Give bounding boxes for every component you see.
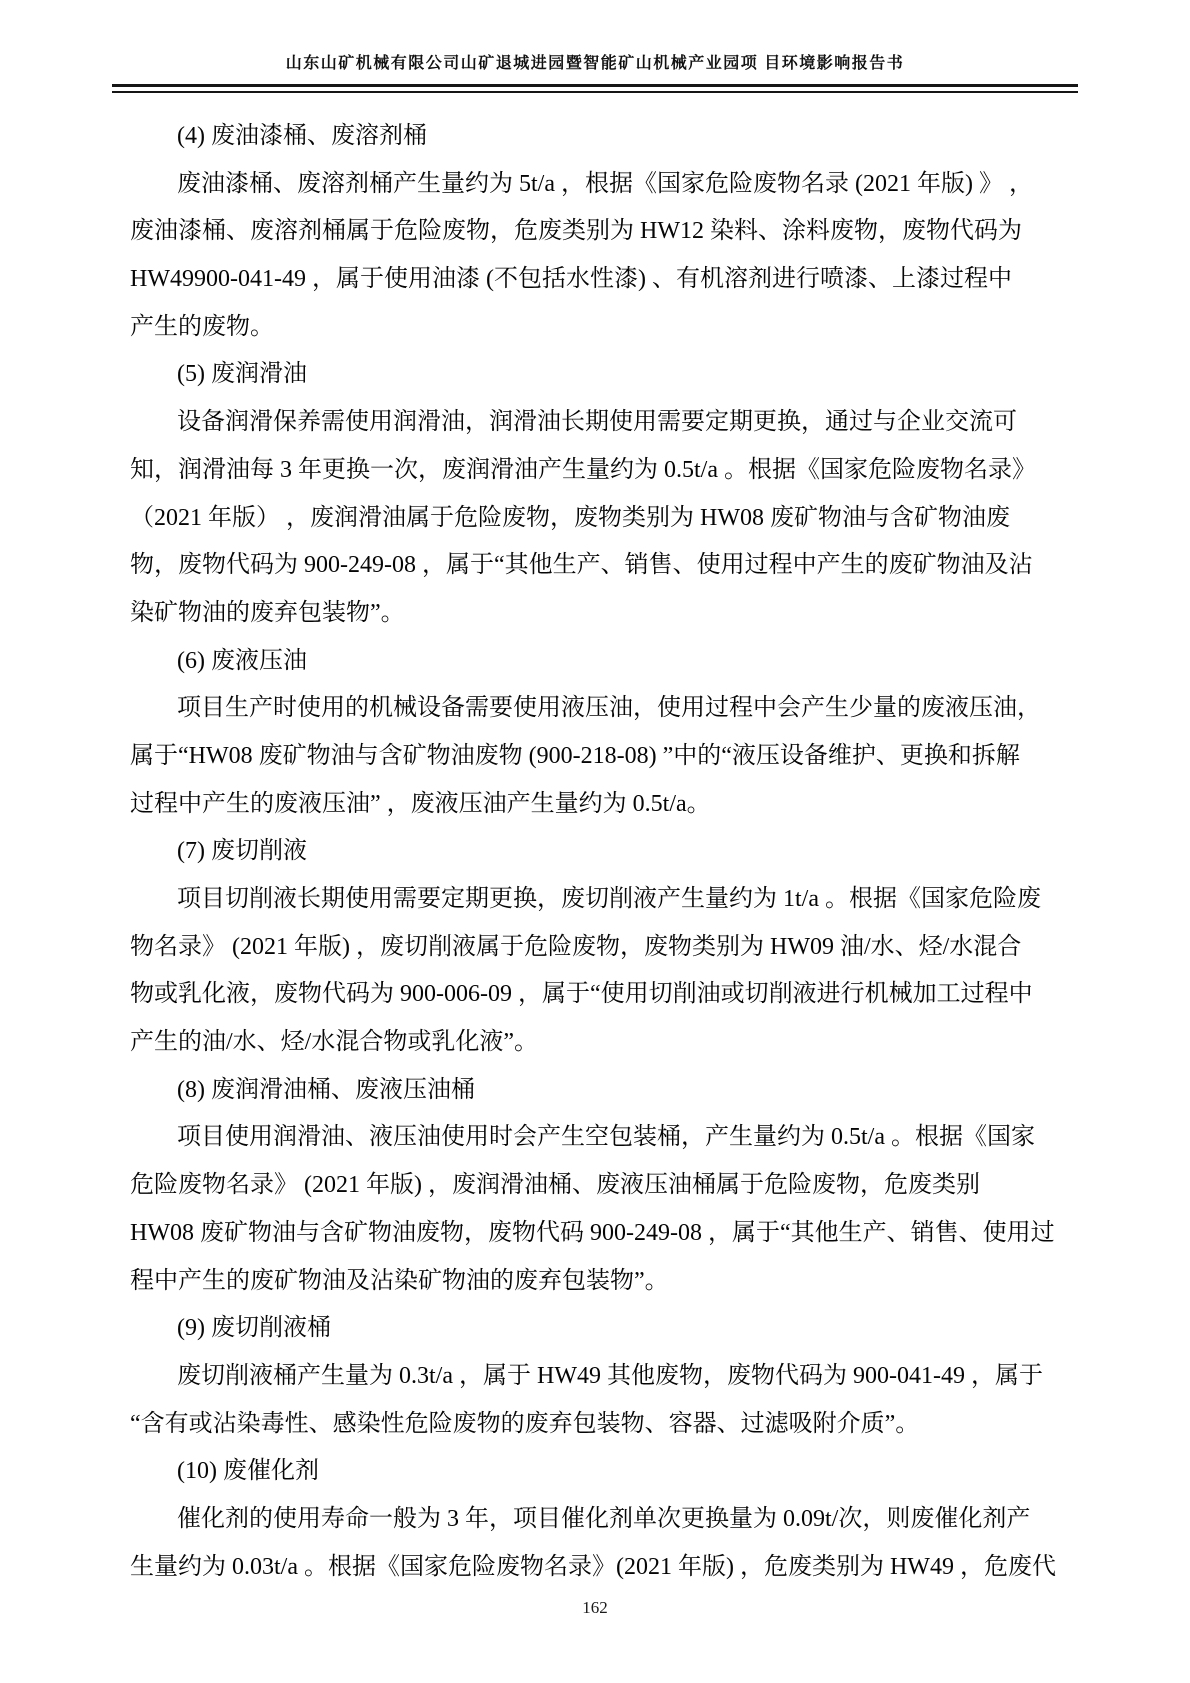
section-heading: (5) 废润滑油 [130,351,1065,399]
paragraph-line: 生量约为 0.03t/a 。根据《国家危险废物名录》(2021 年版) ，危废类… [130,1544,1065,1592]
paragraph-line: HW49900-041-49 ，属于使用油漆 (不包括水性漆) 、有机溶剂进行喷… [130,256,1065,304]
paragraph-line: HW08 废矿物油与含矿物油废物，废物代码 900-249-08 ，属于“其他生… [130,1210,1065,1258]
section-heading: (6) 废液压油 [130,638,1065,686]
section-heading: (7) 废切削液 [130,828,1065,876]
section-heading: (9) 废切削液桶 [130,1305,1065,1353]
paragraph-line: 过程中产生的废液压油” ，废液压油产生量约为 0.5t/a。 [130,781,1065,829]
paragraph-line: 属于“HW08 废矿物油与含矿物油废物 (900-218-08) ”中的“液压设… [130,733,1065,781]
paragraph-line: 项目切削液长期使用需要定期更换，废切削液产生量约为 1t/a 。根据《国家危险废 [130,876,1065,924]
paragraph-line: 项目使用润滑油、液压油使用时会产生空包装桶，产生量约为 0.5t/a 。根据《国… [130,1114,1065,1162]
report-page: 山东山矿机械有限公司山矿退城进园暨智能矿山机械产业园项 目环境影响报告书 (4)… [0,0,1190,1683]
paragraph-line: 产生的油/水、烃/水混合物或乳化液”。 [130,1019,1065,1067]
section-heading: (10) 废催化剂 [130,1448,1065,1496]
paragraph-line: 知，润滑油每 3 年更换一次，废润滑油产生量约为 0.5t/a 。根据《国家危险… [130,447,1065,495]
header-double-rule [112,84,1078,93]
paragraph-line: 程中产生的废矿物油及沾染矿物油的废弃包装物”。 [130,1258,1065,1306]
paragraph-line: （2021 年版） ，废润滑油属于危险废物，废物类别为 HW08 废矿物油与含矿… [130,495,1065,543]
paragraph-line: 废切削液桶产生量为 0.3t/a ，属于 HW49 其他废物，废物代码为 900… [130,1353,1065,1401]
document-body: (4) 废油漆桶、废溶剂桶废油漆桶、废溶剂桶产生量约为 5t/a ，根据《国家危… [130,113,1065,1591]
section-heading: (8) 废润滑油桶、废液压油桶 [130,1067,1065,1115]
paragraph-line: “含有或沾染毒性、感染性危险废物的废弃包装物、容器、过滤吸附介质”。 [130,1401,1065,1449]
paragraph-line: 危险废物名录》 (2021 年版) ，废润滑油桶、废液压油桶属于危险废物，危废类… [130,1162,1065,1210]
page-header-title: 山东山矿机械有限公司山矿退城进园暨智能矿山机械产业园项 目环境影响报告书 [100,50,1090,73]
paragraph-line: 物名录》 (2021 年版) ，废切削液属于危险废物，废物类别为 HW09 油/… [130,924,1065,972]
page-number: 162 [0,1598,1190,1618]
section-heading: (4) 废油漆桶、废溶剂桶 [130,113,1065,161]
paragraph-line: 设备润滑保养需使用润滑油，润滑油长期使用需要定期更换，通过与企业交流可 [130,399,1065,447]
paragraph-line: 废油漆桶、废溶剂桶产生量约为 5t/a ，根据《国家危险废物名录 (2021 年… [130,161,1065,209]
paragraph-line: 物或乳化液，废物代码为 900-006-09 ，属于“使用切削油或切削液进行机械… [130,971,1065,1019]
paragraph-line: 项目生产时使用的机械设备需要使用液压油，使用过程中会产生少量的废液压油， [130,685,1065,733]
paragraph-line: 染矿物油的废弃包装物”。 [130,590,1065,638]
paragraph-line: 物，废物代码为 900-249-08 ，属于“其他生产、销售、使用过程中产生的废… [130,542,1065,590]
paragraph-line: 催化剂的使用寿命一般为 3 年，项目催化剂单次更换量为 0.09t/次，则废催化… [130,1496,1065,1544]
paragraph-line: 废油漆桶、废溶剂桶属于危险废物，危废类别为 HW12 染料、涂料废物，废物代码为 [130,208,1065,256]
paragraph-line: 产生的废物。 [130,304,1065,352]
